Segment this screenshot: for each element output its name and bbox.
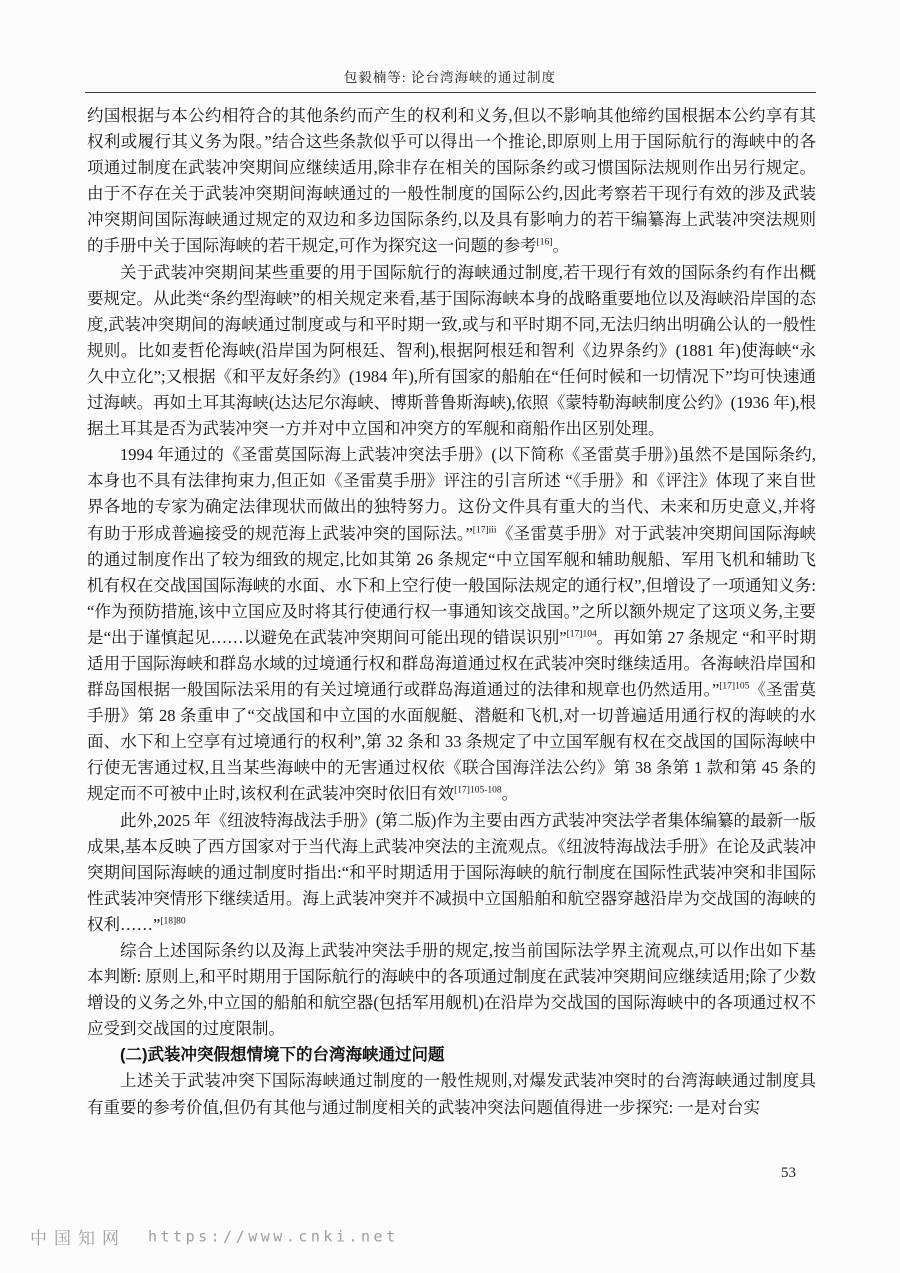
body-paragraph: 上述关于武装冲突下国际海峡通过制度的一般性规则,对爆发武装冲突时的台湾海峡通过制… (87, 1068, 816, 1120)
running-head-title: 包毅楠等: 论台湾海峡的通过制度 (0, 66, 900, 86)
body-paragraph: 约国根据与本公约相符合的其他条约而产生的权利和义务,但以不影响其他缔约国根据本公… (87, 103, 816, 260)
cnki-site-name: 中国知网 (30, 1229, 126, 1248)
page-number: 53 (781, 1165, 796, 1182)
body-paragraph: 综合上述国际条约以及海上武装冲突法手册的规定,按当前国际法学界主流观点,可以作出… (87, 938, 816, 1042)
cnki-url: https://www.cnki.net (148, 1228, 399, 1246)
body-paragraph: 此外,2025 年《纽波特海战法手册》(第二版)作为主要由西方武装冲突法学者集体… (87, 808, 816, 938)
citation-ref: [17]iii (473, 525, 497, 535)
journal-page: 包毅楠等: 论台湾海峡的通过制度 约国根据与本公约相符合的其他条约而产生的权利和… (0, 0, 900, 1273)
citation-ref: [17]105-108 (454, 786, 502, 796)
citation-ref: [17]104 (567, 629, 597, 639)
citation-ref: [18]80 (160, 916, 185, 926)
section-heading: (二)武装冲突假想情境下的台湾海峡通过问题 (87, 1042, 816, 1068)
citation-ref: [16] (537, 238, 553, 248)
header-rule (85, 92, 816, 93)
citation-ref: [17]105 (719, 682, 749, 692)
article-body: 约国根据与本公约相符合的其他条约而产生的权利和义务,但以不影响其他缔约国根据本公… (87, 103, 816, 1121)
body-paragraph: 1994 年通过的《圣雷莫国际海上武装冲突法手册》(以下简称《圣雷莫手册》)虽然… (87, 442, 816, 807)
body-paragraph: 关于武装冲突期间某些重要的用于国际航行的海峡通过制度,若干现行有效的国际条约有作… (87, 260, 816, 443)
cnki-watermark: 中国知网https://www.cnki.net (30, 1224, 399, 1249)
